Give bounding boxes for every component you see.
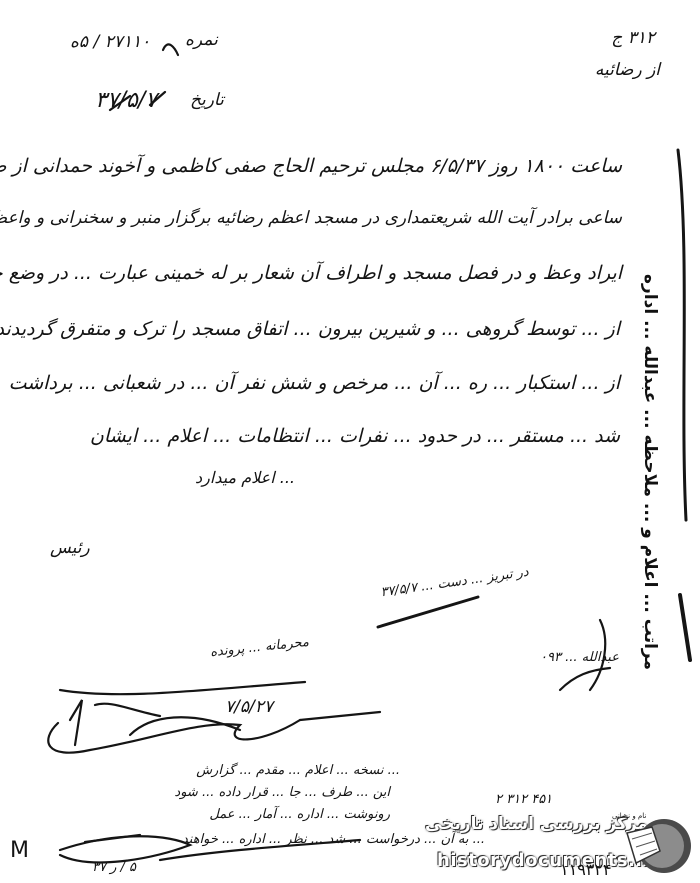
archive-logo-icon bbox=[622, 813, 692, 879]
archive-number: ۱۱۹۳۲۴ bbox=[560, 860, 612, 879]
watermark-site: historydocuments.ir bbox=[437, 850, 652, 871]
signature-strokes bbox=[0, 0, 700, 883]
